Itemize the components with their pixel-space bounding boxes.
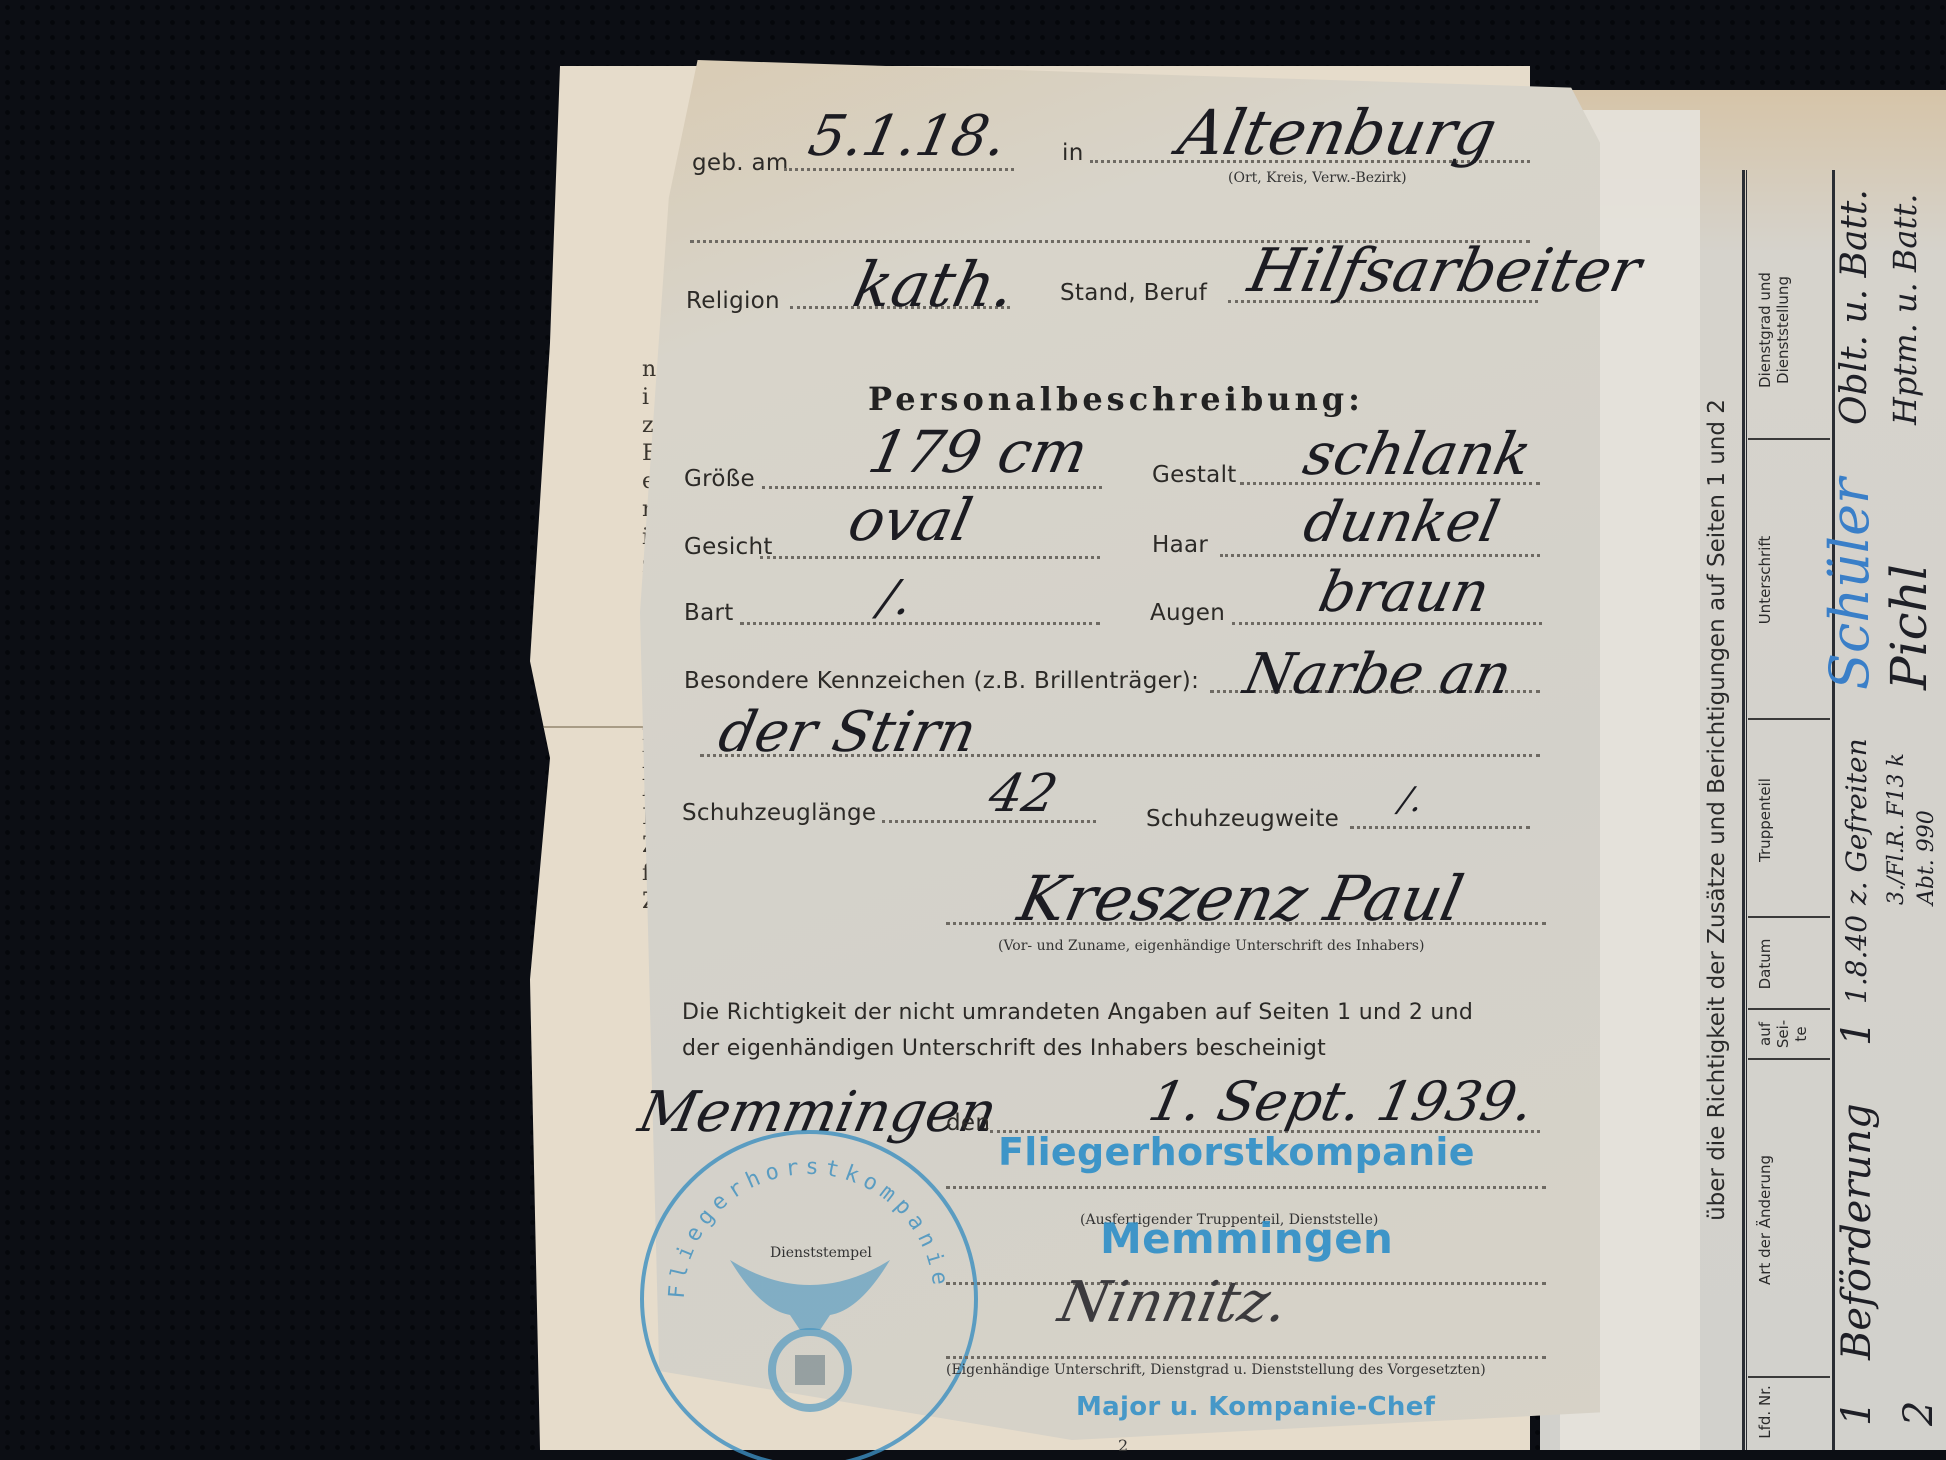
col-separator (1748, 1376, 1830, 1378)
dotted-line (740, 622, 1100, 625)
field-value-gesicht: oval (843, 486, 978, 554)
dotted-line (946, 1356, 1546, 1359)
cell-datum: 1.8.40 (1840, 915, 1873, 1004)
special-marks-label: Besondere Kennzeichen (z.B. Brillenträge… (684, 668, 1199, 694)
col-head-art: Art der Änderung (1756, 1070, 1774, 1370)
field-label-groesse: Größe (684, 466, 755, 492)
superior-signature-hint: (Eigenhändige Unterschrift, Dienstgrad u… (946, 1362, 1486, 1378)
table-top-rule (1742, 170, 1745, 1450)
occupation-value: Hilfsarbeiter (1243, 236, 1647, 306)
field-label-augen: Augen (1150, 600, 1225, 626)
col-separator (1748, 718, 1830, 720)
dotted-line (1350, 826, 1530, 829)
unit-stamp-line-1: Fliegerhorstkompanie (998, 1130, 1475, 1174)
page-number: 2 (1118, 1436, 1128, 1455)
cell-nr: 2 (1896, 1401, 1942, 1426)
table-top-rule-thin (1746, 170, 1747, 1450)
occupation-label: Stand, Beruf (1060, 280, 1207, 306)
superior-signature: Ninnitz. (1053, 1270, 1294, 1335)
cell-truppenteil: z. Gefreiten (1840, 738, 1873, 905)
religion-label: Religion (686, 288, 780, 314)
cell-seite: 1 (1834, 1021, 1880, 1046)
birth-place-value: Altenburg (1172, 96, 1503, 169)
special-marks-value-2: der Stirn (713, 700, 982, 765)
field-label-gestalt: Gestalt (1152, 462, 1237, 488)
certification-line-2: der eigenhändigen Unterschrift des Inhab… (682, 1036, 1326, 1061)
religion-value: kath. (847, 248, 1022, 321)
superior-title-stamp: Major u. Kompanie-Chef (1076, 1392, 1435, 1422)
birth-place-label: in (1062, 140, 1084, 166)
cell-unterschrift: Schüler (1818, 478, 1881, 690)
dotted-line (760, 556, 1100, 559)
col-head-unterschrift: Unterschrift (1756, 450, 1774, 710)
certification-line-1: Die Richtigkeit der nicht umrandeten Ang… (682, 1000, 1473, 1025)
col-separator (1748, 1058, 1830, 1060)
den-label: den (946, 1110, 990, 1136)
field-value-groesse: 179 cm (863, 418, 1094, 486)
field-value-haar: dunkel (1298, 490, 1505, 555)
cell-truppenteil: 3./Fl.R. F13 k (1884, 753, 1909, 905)
birth-place-hint: (Ort, Kreis, Verw.-Bezirk) (1228, 170, 1407, 186)
field-label-bart: Bart (684, 600, 734, 626)
col-separator (1748, 438, 1830, 440)
cell-dienstgrad: Hptm. u. Batt. (1886, 194, 1924, 425)
stamp-center-text: Dienststempel (770, 1245, 872, 1261)
cell-unterschrift: Pichl (1880, 564, 1938, 690)
dotted-line (946, 1186, 1546, 1189)
col-head-dienstgrad: Dienstgrad und Dienststellung (1756, 230, 1792, 430)
date-value: 1. Sept. 1939. (1143, 1070, 1539, 1133)
shoe-length-value: 42 (984, 764, 1063, 824)
holder-signature: Kreszenz Paul (1012, 862, 1469, 935)
col-separator (1748, 916, 1830, 918)
birth-label: geb. am (692, 150, 789, 176)
description-heading: Personalbeschreibung: (868, 380, 1364, 418)
unit-stamp-line-2: Memmingen (1100, 1214, 1393, 1263)
col-head-datum: Datum (1756, 924, 1774, 1004)
holder-signature-hint: (Vor- und Zuname, eigenhändige Unterschr… (998, 938, 1424, 954)
field-value-augen: braun (1313, 560, 1495, 625)
special-marks-value-1: Narbe an (1238, 642, 1517, 707)
table-title: über die Richtigkeit der Zusätze und Ber… (1704, 170, 1730, 1450)
col-head-seite: auf Sei-te (1756, 1014, 1810, 1054)
corrections-table: über die Richtigkeit der Zusätze und Ber… (1700, 170, 1946, 1450)
field-value-gestalt: schlank (1298, 420, 1538, 488)
col-separator (1748, 1008, 1830, 1010)
shoe-width-label: Schuhzeugweite (1146, 806, 1339, 832)
col-head-truppenteil: Truppenteil (1756, 730, 1774, 910)
cell-dienstgrad: Oblt. u. Batt. (1834, 189, 1875, 425)
birth-date-value: 5.1.18. (803, 104, 1013, 169)
cell-art: Beförderung (1834, 1103, 1880, 1360)
col-head-nr: Lfd. Nr. (1756, 1382, 1774, 1442)
cell-nr: 1 (1834, 1401, 1880, 1426)
field-label-haar: Haar (1152, 532, 1208, 558)
shoe-length-label: Schuhzeuglänge (682, 800, 876, 826)
cell-truppenteil-2: Abt. 990 (1914, 810, 1939, 905)
